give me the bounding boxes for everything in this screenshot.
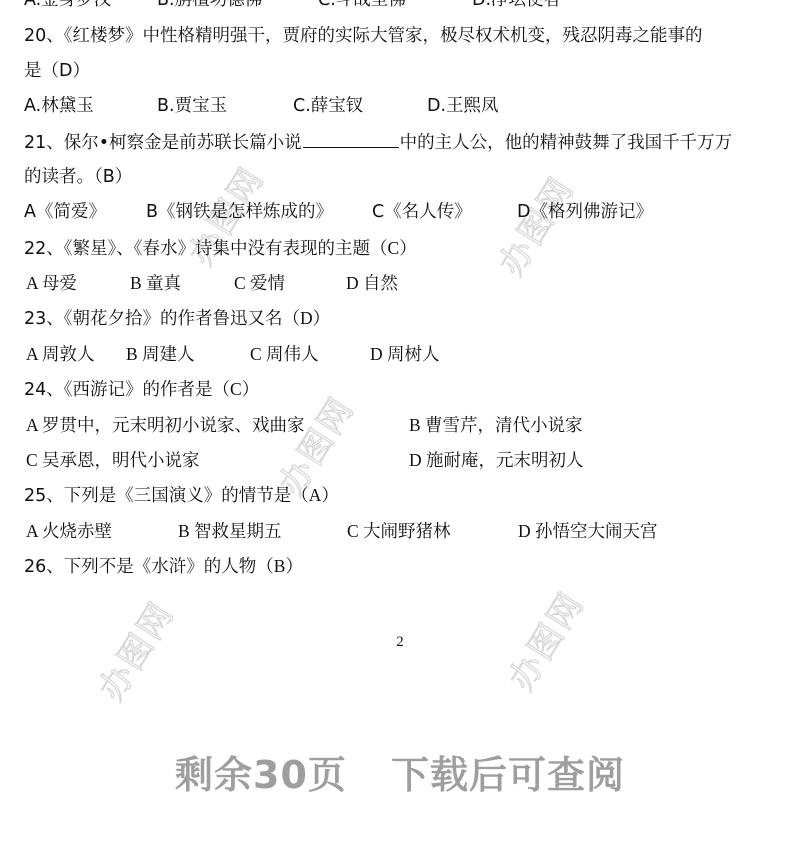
question-24-options-row1: A 罗贯中，元末明初小说家、戏曲家 B 曹雪芹，清代小说家 <box>26 413 786 437</box>
page-number: 2 <box>0 634 800 651</box>
question-26-stem: 下列不是《水浒》的人物（B） <box>64 556 303 576</box>
question-22-number: 22、 <box>24 239 64 259</box>
question-20-text-cont: 是（D） <box>24 59 90 83</box>
option-c: C 大闹野猪林 <box>347 519 451 543</box>
option-d: D.王熙凤 <box>427 94 499 118</box>
question-23-stem: 《朝花夕拾》的作者鲁迅又名（D） <box>64 308 330 328</box>
option-b: B 曹雪芹，清代小说家 <box>409 413 583 437</box>
option-b: B 童真 <box>130 271 181 295</box>
option-b: B 周建人 <box>126 342 195 366</box>
question-21-text: 21、保尔•柯察金是前苏联长篇小说中的主人公，他的精神鼓舞了我国千千万万 <box>24 130 732 154</box>
option-c: C 吴承恩，明代小说家 <box>26 448 200 472</box>
option-b: B.贾宝玉 <box>157 94 227 118</box>
prev-question-options: A.金身罗汉 B.旃檀功德佛 C.斗战圣佛 D.净坛使者 <box>24 0 784 12</box>
question-20-options: A.林黛玉 B.贾宝玉 C.薛宝钗 D.王熙凤 <box>24 94 784 118</box>
question-21-line2: 的读者。（B） <box>24 167 132 187</box>
question-23-text: 23、《朝花夕拾》的作者鲁迅又名（D） <box>24 306 330 330</box>
option-b: B 智救星期五 <box>178 519 282 543</box>
option-c: C.薛宝钗 <box>293 94 363 118</box>
download-to-view-text: 下载后可查阅 <box>391 753 625 797</box>
option-c: C《名人传》 <box>372 200 472 224</box>
option-a: A.金身罗汉 <box>24 0 111 12</box>
option-d: D.净坛使者 <box>472 0 561 12</box>
option-a: A 周敦人 <box>26 342 95 366</box>
question-21-after-blank: 中的主人公，他的精神鼓舞了我国千千万万 <box>400 133 733 153</box>
question-23-number: 23、 <box>24 309 64 329</box>
option-a: A 母爱 <box>26 271 77 295</box>
remaining-pages-banner[interactable]: 剩余30页下载后可查阅 <box>0 744 800 799</box>
question-22-text: 22、《繁星》、《春水》诗集中没有表现的主题（C） <box>24 236 417 260</box>
question-24-number: 24、 <box>24 380 64 400</box>
document-page: 办图网 办图网 办图网 办图网 办图网 A.金身罗汉 B.旃檀功德佛 C.斗战圣… <box>0 0 800 847</box>
option-d: D 孙悟空大闹天宫 <box>518 519 658 543</box>
question-21-text-cont: 的读者。（B） <box>24 165 132 189</box>
answer-blank <box>303 130 399 148</box>
question-22-options: A 母爱 B 童真 C 爱情 D 自然 <box>26 271 786 295</box>
option-c: C 爱情 <box>234 271 285 295</box>
question-24-options-row2: C 吴承恩，明代小说家 D 施耐庵，元末明初人 <box>26 448 786 472</box>
option-c: C.斗战圣佛 <box>318 0 406 12</box>
question-25-text: 25、下列是《三国演义》的情节是（A） <box>24 483 339 507</box>
question-22-stem: 《繁星》、《春水》诗集中没有表现的主题（C） <box>64 238 417 258</box>
option-a: A.林黛玉 <box>24 94 94 118</box>
option-d: D《格列佛游记》 <box>517 200 653 224</box>
question-24-stem: 《西游记》的作者是（C） <box>64 379 259 399</box>
remaining-pages-text: 剩余30页 <box>175 753 347 797</box>
option-d: D 施耐庵，元末明初人 <box>409 448 584 472</box>
question-21-before-blank: 21、保尔•柯察金是前苏联长篇小说 <box>24 133 302 153</box>
option-b: B《钢铁是怎样炼成的》 <box>146 200 333 224</box>
option-b: B.旃檀功德佛 <box>157 0 262 12</box>
question-20-line1: 20、《红楼梦》中性格精明强干，贾府的实际大管家，极尽权术机变，残忍阴毒之能事的 <box>24 26 703 46</box>
question-26-number: 26、 <box>24 557 64 577</box>
question-26-text: 26、下列不是《水浒》的人物（B） <box>24 554 303 578</box>
question-25-options: A 火烧赤壁 B 智救星期五 C 大闹野猪林 D 孙悟空大闹天宫 <box>26 519 786 543</box>
question-23-options: A 周敦人 B 周建人 C 周伟人 D 周树人 <box>26 342 786 366</box>
watermark: 办图网 <box>485 166 584 284</box>
question-21-options: A《简爱》 B《钢铁是怎样炼成的》 C《名人传》 D《格列佛游记》 <box>24 200 784 224</box>
question-25-number: 25、 <box>24 486 64 506</box>
question-20-line2: 是（D） <box>24 61 90 81</box>
question-20-text: 20、《红楼梦》中性格精明强干，贾府的实际大管家，极尽权术机变，残忍阴毒之能事的 <box>24 24 703 48</box>
option-a: A《简爱》 <box>24 200 106 224</box>
question-24-text: 24、《西游记》的作者是（C） <box>24 377 259 401</box>
option-d: D 周树人 <box>370 342 440 366</box>
option-a: A 罗贯中，元末明初小说家、戏曲家 <box>26 413 305 437</box>
question-25-stem: 下列是《三国演义》的情节是（A） <box>64 485 339 505</box>
option-a: A 火烧赤壁 <box>26 519 112 543</box>
option-c: C 周伟人 <box>250 342 319 366</box>
option-d: D 自然 <box>346 271 398 295</box>
